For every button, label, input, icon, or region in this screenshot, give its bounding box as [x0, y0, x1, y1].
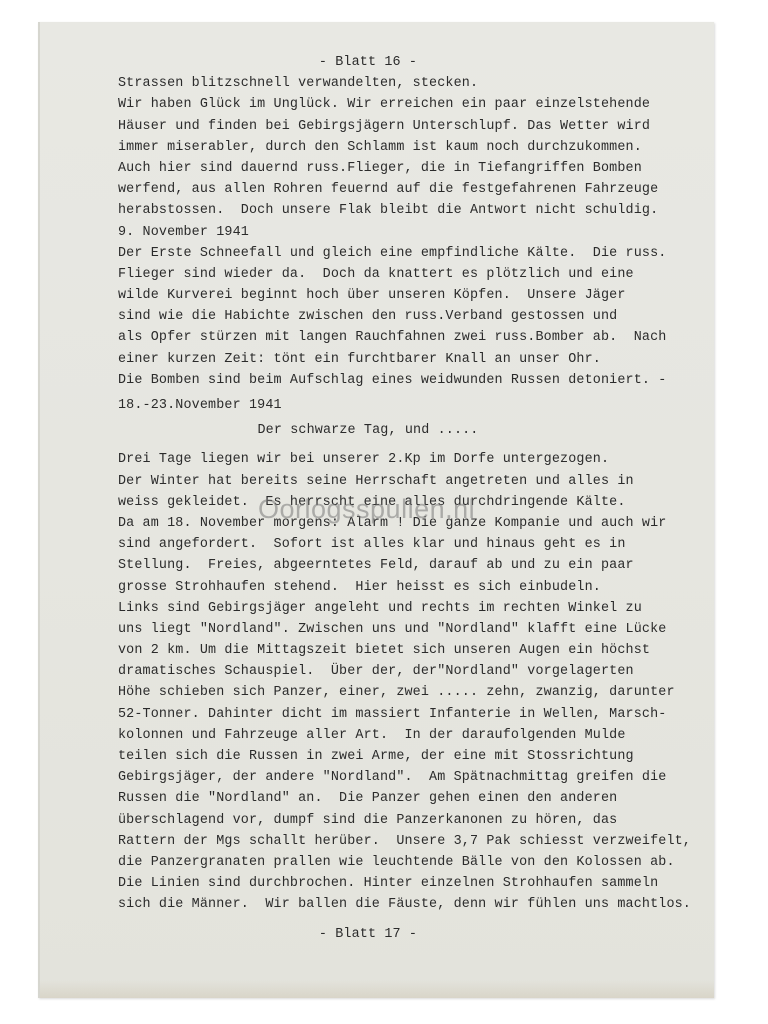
text-line: sind wie die Habichte zwischen den russ.…	[118, 306, 728, 327]
text-line: die Panzergranaten prallen wie leuchtend…	[118, 852, 728, 873]
watermark: Oorlogsspullen.nl	[258, 494, 475, 525]
text-line: wilde Kurverei beginnt hoch über unseren…	[118, 285, 728, 306]
text-line: Der Winter hat bereits seine Herrschaft …	[118, 471, 728, 492]
text-line: Die Bomben sind beim Aufschlag eines wei…	[118, 370, 728, 391]
text-line: kolonnen und Fahrzeuge aller Art. In der…	[118, 725, 728, 746]
text-line: Die Linien sind durchbrochen. Hinter ein…	[118, 873, 728, 894]
page-footer: - Blatt 17 -	[118, 924, 618, 945]
text-line: Höhe schieben sich Panzer, einer, zwei .…	[118, 682, 728, 703]
text-line: Gebirgsjäger, der andere "Nordland". Am …	[118, 767, 728, 788]
text-line: 9. November 1941	[118, 222, 728, 243]
text-line: Flieger sind wieder da. Doch da knattert…	[118, 264, 728, 285]
text-line: herabstossen. Doch unsere Flak bleibt di…	[118, 200, 728, 221]
text-line: sich die Männer. Wir ballen die Fäuste, …	[118, 894, 728, 915]
page-header: - Blatt 16 -	[118, 52, 618, 73]
text-line: Rattern der Mgs schallt herüber. Unsere …	[118, 831, 728, 852]
text-line: 52-Tonner. Dahinter dicht im massiert In…	[118, 704, 728, 725]
text-line: überschlagend vor, dumpf sind die Panzer…	[118, 810, 728, 831]
text-line: Drei Tage liegen wir bei unserer 2.Kp im…	[118, 449, 728, 470]
body-part-1: Strassen blitzschnell verwandelten, stec…	[118, 73, 728, 391]
date-heading: 18.-23.November 1941	[118, 395, 728, 416]
text-line: werfend, aus allen Rohren feuernd auf di…	[118, 179, 728, 200]
section-title: Der schwarze Tag, und .....	[118, 420, 618, 441]
text-line: immer miserabler, durch den Schlamm ist …	[118, 137, 728, 158]
text-line: sind angefordert. Sofort ist alles klar …	[118, 534, 728, 555]
text-line: als Opfer stürzen mit langen Rauchfahnen…	[118, 327, 728, 348]
text-line: Russen die "Nordland" an. Die Panzer geh…	[118, 788, 728, 809]
text-line: grosse Strohhaufen stehend. Hier heisst …	[118, 577, 728, 598]
text-line: Häuser und finden bei Gebirgsjägern Unte…	[118, 116, 728, 137]
text-line: Auch hier sind dauernd russ.Flieger, die…	[118, 158, 728, 179]
text-line: von 2 km. Um die Mittagszeit bietet sich…	[118, 640, 728, 661]
text-line: Wir haben Glück im Unglück. Wir erreiche…	[118, 94, 728, 115]
text-line: einer kurzen Zeit: tönt ein furchtbarer …	[118, 349, 728, 370]
text-line: dramatisches Schauspiel. Über der, der"N…	[118, 661, 728, 682]
text-line: Links sind Gebirgsjäger angeleht und rec…	[118, 598, 728, 619]
text-line: teilen sich die Russen in zwei Arme, der…	[118, 746, 728, 767]
text-line: uns liegt "Nordland". Zwischen uns und "…	[118, 619, 728, 640]
text-line: Der Erste Schneefall und gleich eine emp…	[118, 243, 728, 264]
text-line: Stellung. Freies, abgeerntetes Feld, dar…	[118, 555, 728, 576]
text-line: Strassen blitzschnell verwandelten, stec…	[118, 73, 728, 94]
